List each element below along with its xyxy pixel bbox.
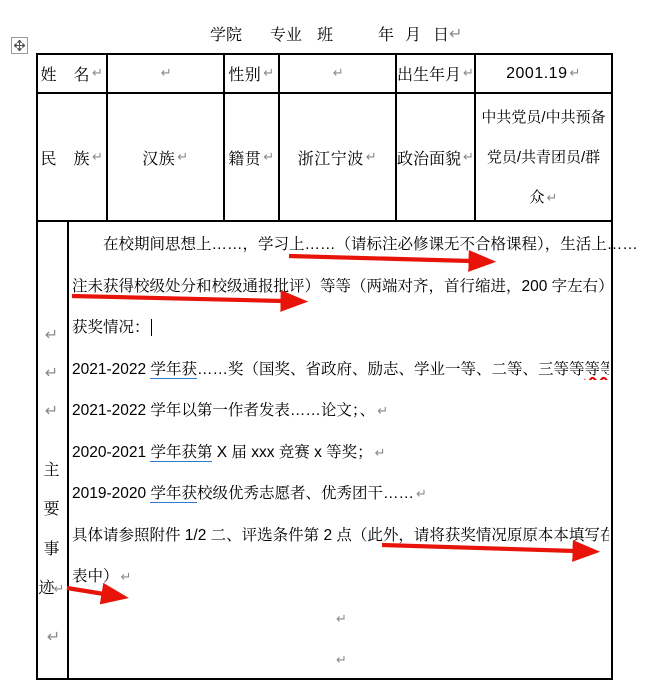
paragraph-mark: ↵ — [375, 446, 386, 461]
paragraph-mark: ↵ — [92, 66, 103, 81]
grammar-check-underline: 学年获第 — [150, 444, 212, 463]
table-border-line — [36, 678, 613, 680]
body-line[interactable]: 获奖情况： — [72, 317, 609, 338]
paragraph-mark: ↵ — [569, 66, 580, 81]
side-label-char: 要 — [36, 501, 67, 519]
body-line[interactable]: 在校期间思想上……，学习上……（请标注必修课无不合格课程），生活上……（请标 — [72, 234, 640, 255]
native-place-value-cell[interactable]: 浙江宁波↵ — [280, 95, 395, 220]
ethnicity-label-cell[interactable]: 民 族↵ — [38, 95, 106, 220]
body-line[interactable]: 2021-2022 学年获……奖（国奖、省政府、励志、学业一等、二等、三等等等等… — [72, 359, 609, 380]
body-text: 具体请参照附件 1/2 二、评选条件第 2 点（此外，请将获奖情况原原本本填写在… — [72, 527, 609, 544]
grammar-check-underline: 学年获 — [150, 485, 197, 504]
body-text: 表中） — [72, 568, 119, 585]
header-label: 日 — [433, 22, 449, 45]
paragraph-mark: ↵ — [366, 150, 377, 165]
gender-value-cell[interactable]: ↵ — [280, 55, 395, 92]
paragraph-mark: ↵ — [161, 66, 172, 81]
annotation-arrow[interactable] — [382, 545, 575, 551]
paragraph-mark: ↵ — [377, 404, 388, 419]
name-value-cell[interactable]: ↵ — [108, 55, 223, 92]
birth-value: 2001.19 — [506, 65, 567, 83]
paragraph-mark: ↵ — [54, 582, 65, 597]
native-place-label-cell[interactable]: 籍贯↵ — [225, 95, 278, 220]
body-line[interactable]: 注未获得校级处分和校级通报批评）等等（两端对齐，首行缩进，200 字左右）↵ — [72, 276, 609, 297]
body-text: 2021-2022 学年以第一作者发表……论文；、 — [72, 402, 375, 419]
political-status-line: 众↵ — [530, 178, 558, 218]
body-line[interactable]: 具体请参照附件 1/2 二、评选条件第 2 点（此外，请将获奖情况原原本本填写在… — [72, 525, 609, 546]
move-icon — [14, 40, 25, 51]
body-text: 注未获得校级处分和校级通报批评）等等（两端对齐，首行缩进，200 字左右） — [72, 278, 609, 295]
text-cursor — [151, 319, 153, 336]
header-label: 专业 — [270, 22, 302, 45]
body-text: 校级优秀志愿者、优秀团干…… — [197, 485, 414, 502]
paragraph-mark: ↵ — [36, 364, 67, 382]
side-label-char: 迹↵ — [36, 580, 67, 598]
side-label-char: 主 — [36, 462, 67, 480]
body-line[interactable]: 表中）↵ — [72, 566, 609, 587]
paragraph-mark: ↵ — [263, 150, 274, 165]
paragraph-mark: ↵ — [92, 150, 103, 165]
name-label-cell[interactable]: 姓 名↵ — [38, 55, 106, 92]
paragraph-mark: ↵ — [333, 66, 344, 81]
body-text: 2019-2020 — [72, 485, 150, 502]
political-status-line: 中共党员/中共预备 — [481, 98, 605, 138]
body-text: 获奖情况： — [72, 319, 150, 336]
paragraph-mark: ↵ — [38, 628, 69, 646]
table-border-line — [611, 53, 613, 680]
table-move-handle[interactable] — [11, 37, 28, 54]
annotation-arrow[interactable] — [289, 256, 471, 261]
birth-label-cell[interactable]: 出生年月↵ — [397, 55, 474, 92]
political-status-value-cell[interactable]: 中共党员/中共预备 党员/共青团员/群 众↵ — [476, 95, 611, 221]
gender-label-cell[interactable]: 性别↵ — [225, 55, 278, 92]
side-label-char: 事 — [36, 541, 67, 559]
paragraph-mark: ↵ — [177, 150, 188, 165]
header-label: 月 — [405, 22, 421, 45]
name-label: 姓 名 — [41, 62, 91, 85]
paragraph-mark: ↵ — [547, 191, 558, 206]
native-place-label: 籍贯 — [228, 146, 261, 169]
paragraph-mark: ↵ — [449, 24, 462, 43]
table-border-line — [36, 92, 613, 94]
political-status-label: 政治面貌 — [397, 146, 461, 169]
political-status-line: 党员/共青团员/群 — [487, 138, 600, 178]
birth-value-cell[interactable]: 2001.19↵ — [476, 55, 611, 92]
header-label: 年 — [378, 22, 394, 45]
body-text: 2020-2021 — [72, 444, 150, 461]
birth-label: 出生年月 — [397, 62, 461, 85]
political-status-label-cell[interactable]: 政治面貌↵ — [397, 95, 474, 220]
body-line[interactable]: 2019-2020 学年获校级优秀志愿者、优秀团干……↵ — [72, 483, 609, 504]
header-label: 学院 — [210, 22, 242, 45]
gender-label: 性别 — [228, 62, 261, 85]
body-line[interactable]: 2020-2021 学年获第 X 届 xxx 竞赛 x 等奖；↵ — [72, 442, 609, 463]
table-border-line — [67, 220, 69, 680]
paragraph-mark: ↵ — [121, 570, 132, 585]
paragraph-mark: ↵ — [336, 612, 347, 627]
ethnicity-value: 汉族 — [142, 146, 175, 169]
body-text: ……奖（国奖、省政府、励志、学业一等、二等、三等等 — [197, 361, 585, 378]
word-document-page: 学院专业班年月日↵ 姓 名↵ ↵ 性别↵ ↵ 出生年月↵ 2001.19↵ 民 … — [0, 0, 671, 684]
ethnicity-label: 民 族 — [41, 146, 91, 169]
body-line[interactable]: 2021-2022 学年以第一作者发表……论文；、↵ — [72, 400, 609, 421]
body-line[interactable]: ↵ — [72, 608, 609, 629]
body-text: X 届 xxx 竞赛 x 等奖； — [212, 444, 372, 461]
header-label: 班 — [317, 22, 333, 45]
paragraph-mark: ↵ — [36, 402, 67, 420]
paragraph-mark: ↵ — [416, 487, 427, 502]
paragraph-mark: ↵ — [263, 66, 274, 81]
body-text: 2021-2022 — [72, 361, 150, 378]
ethnicity-value-cell[interactable]: 汉族↵ — [108, 95, 223, 220]
paragraph-mark: ↵ — [36, 326, 67, 344]
paragraph-mark: ↵ — [463, 66, 474, 81]
annotation-arrow[interactable] — [67, 588, 104, 594]
annotation-arrow[interactable] — [72, 296, 283, 301]
paragraph-mark: ↵ — [463, 150, 474, 165]
body-text: 在校期间思想上……，学习上……（请标注必修课无不合格课程），生活上……（请标 — [103, 236, 640, 253]
spellcheck-underline: 等等 — [584, 361, 609, 378]
native-place-value: 浙江宁波 — [298, 146, 364, 169]
grammar-check-underline: 学年获 — [150, 361, 197, 380]
body-line[interactable]: ↵ — [72, 649, 609, 670]
paragraph-mark: ↵ — [336, 653, 347, 668]
